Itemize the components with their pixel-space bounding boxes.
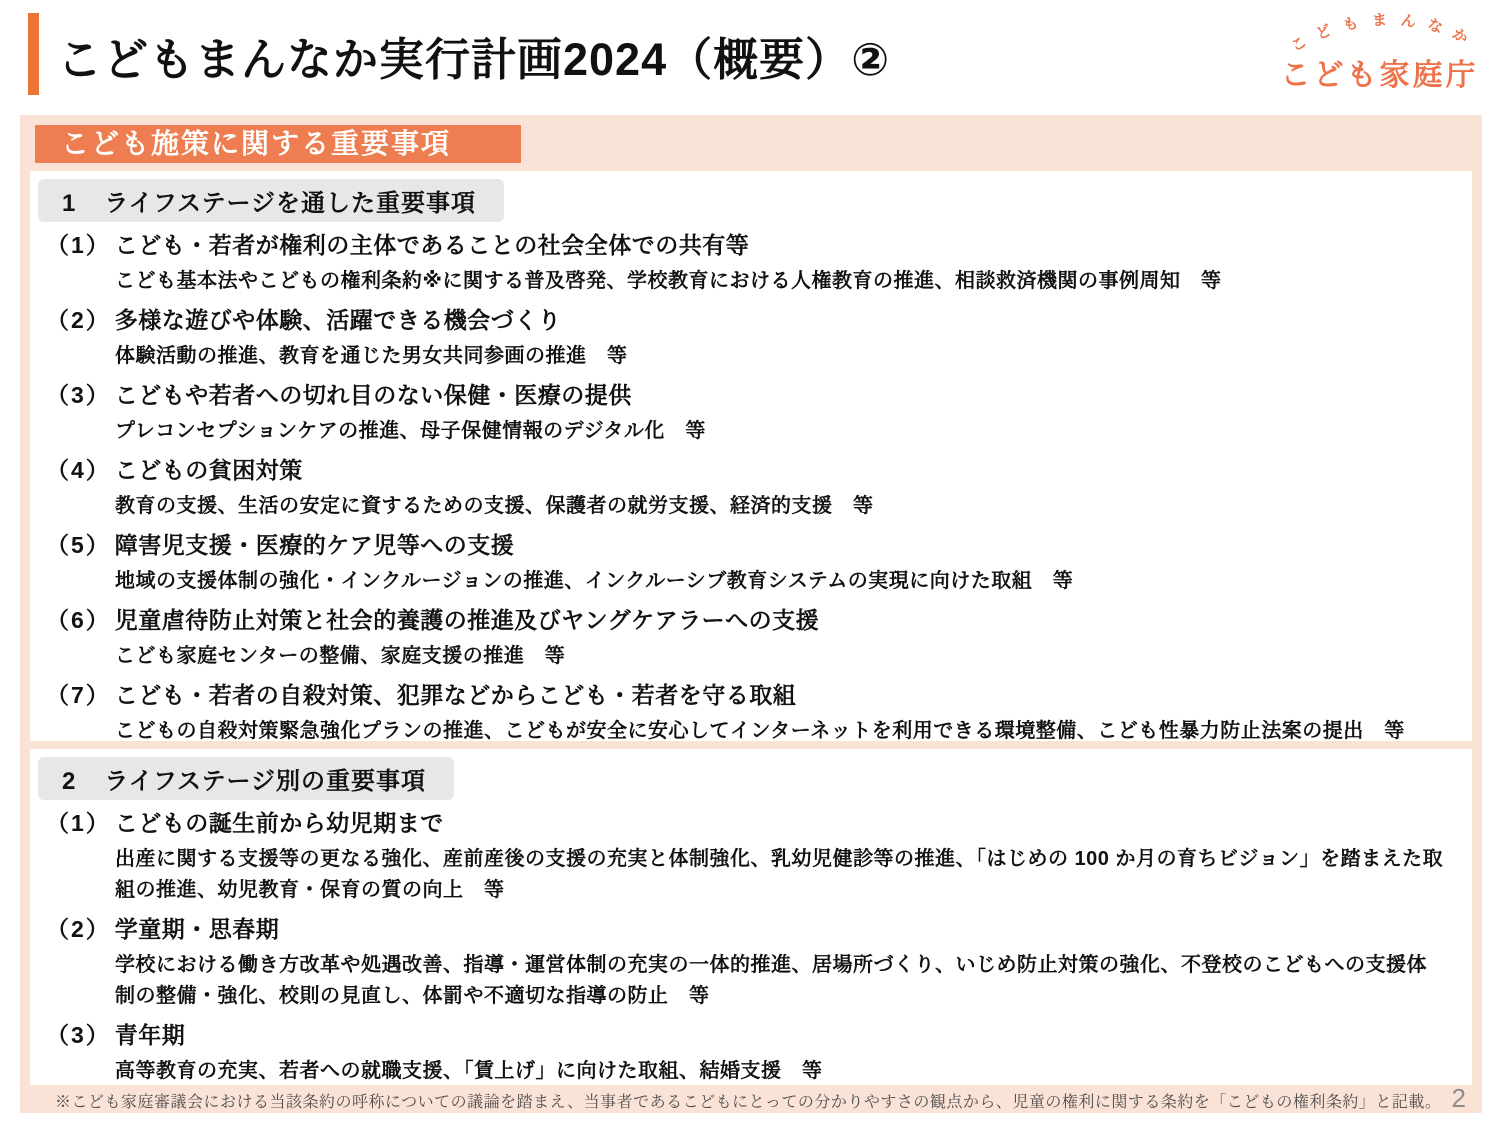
list-item: （6）児童虐待防止対策と社会的養護の推進及びヤングケアラーへの支援 こども家庭セ… [30,605,1472,672]
footer: ※こども家庭審議会における当該条約の呼称についての議論を踏まえ、当事者であるこど… [20,1085,1482,1113]
content-area: こども施策に関する重要事項 1ライフステージを通した重要事項 （1）こども・若者… [20,115,1482,1113]
list-item: （7）こども・若者の自殺対策、犯罪などからこども・若者を守る取組 こどもの自殺対… [30,680,1472,747]
list-item: （2）多様な遊びや体験、活躍できる機会づくり 体験活動の推進、教育を通じた男女共… [30,305,1472,372]
item-detail: 体験活動の推進、教育を通じた男女共同参画の推進 等 [30,341,1472,372]
footnote: ※こども家庭審議会における当該条約の呼称についての議論を踏まえ、当事者であるこど… [55,1089,1441,1112]
page-header: こどもまんなか実行計画2024（概要）② こどもまんなか こども家庭庁 [0,0,1500,115]
section-1-number: 1 [62,190,76,217]
list-item: （2）学童期・思春期 学校における働き方改革や処遇改善、指導・運営体制の充実の一… [30,914,1472,1012]
section-2-number: 2 [62,768,76,795]
list-item: （1）こどもの誕生前から幼児期まで 出産に関する支援等の更なる強化、産前産後の支… [30,808,1472,906]
item-detail: プレコンセプションケアの推進、母子保健情報のデジタル化 等 [30,416,1472,447]
title-accent-bar [28,13,39,95]
item-detail: 学校における働き方改革や処遇改善、指導・運営体制の充実の一体的推進、居場所づくり… [30,950,1472,1012]
page-number: 2 [1452,1083,1466,1114]
item-detail: こどもの自殺対策緊急強化プランの推進、こどもが安全に安心してインターネットを利用… [30,716,1472,747]
agency-logo: こどもまんなか こども家庭庁 [1277,6,1482,92]
section-2-heading: ライフステージ別の重要事項 [104,768,426,795]
section-2-header: 2ライフステージ別の重要事項 [38,757,454,800]
list-item: （5）障害児支援・医療的ケア児等への支援 地域の支援体制の強化・インクルージョン… [30,530,1472,597]
item-detail: こども基本法やこどもの権利条約※に関する普及啓発、学校教育における人権教育の推進… [30,266,1472,297]
section-1-panel: 1ライフステージを通した重要事項 （1）こども・若者が権利の主体であることの社会… [30,171,1472,741]
section-1-heading: ライフステージを通した重要事項 [104,190,476,217]
list-item: （1）こども・若者が権利の主体であることの社会全体での共有等 こども基本法やこど… [30,230,1472,297]
logo-arc-text: こどもまんなか [1283,8,1483,54]
logo-agency-name: こども家庭庁 [1277,50,1482,94]
item-detail: 教育の支援、生活の安定に資するための支援、保護者の就労支援、経済的支援 等 [30,491,1472,522]
list-item: （3）青年期 高等教育の充実、若者への就職支援、「賃上げ」に向けた取組、結婚支援… [30,1020,1472,1087]
item-detail: こども家庭センターの整備、家庭支援の推進 等 [30,641,1472,672]
list-item: （4）こどもの貧困対策 教育の支援、生活の安定に資するための支援、保護者の就労支… [30,455,1472,522]
list-item: （3）こどもや若者への切れ目のない保健・医療の提供 プレコンセプションケアの推進… [30,380,1472,447]
section-1-header: 1ライフステージを通した重要事項 [38,179,504,222]
section-banner: こども施策に関する重要事項 [35,125,521,163]
item-detail: 高等教育の充実、若者への就職支援、「賃上げ」に向けた取組、結婚支援 等 [30,1056,1472,1087]
item-detail: 出産に関する支援等の更なる強化、産前産後の支援の充実と体制強化、乳幼児健診等の推… [30,844,1472,906]
page-title: こどもまんなか実行計画2024（概要）② [57,0,890,110]
section-2-panel: 2ライフステージ別の重要事項 （1）こどもの誕生前から幼児期まで 出産に関する支… [30,749,1472,1085]
item-detail: 地域の支援体制の強化・インクルージョンの推進、インクルーシブ教育システムの実現に… [30,566,1472,597]
